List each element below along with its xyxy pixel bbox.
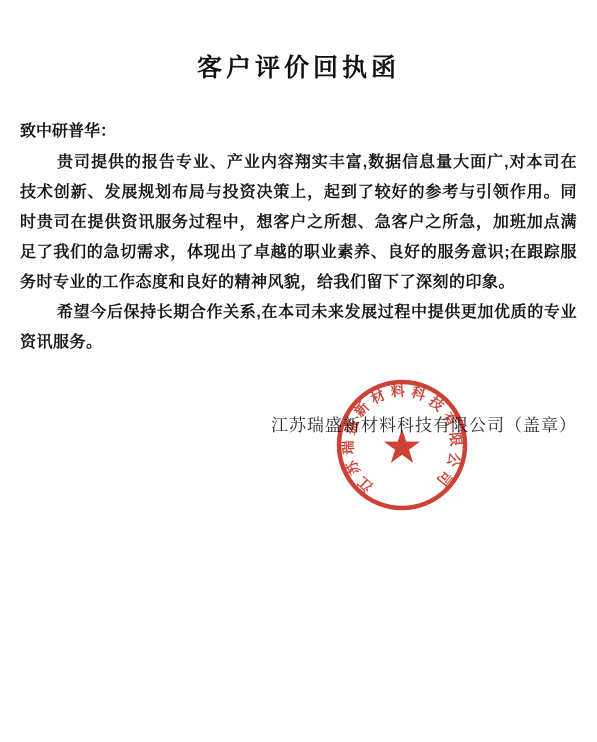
page-title: 客户评价回执函 (0, 48, 597, 84)
seal-company-text: 江苏瑞盛新材料科技有限公司 (340, 383, 465, 496)
paragraph-1: 贵司提供的报告专业、产业内容翔实丰富,数据信息量大面广,对本司在技术创新、发展规… (20, 148, 577, 298)
company-seal: 江苏瑞盛新材料科技有限公司 (336, 379, 468, 511)
salutation: 致中研普华： (20, 118, 116, 141)
document-page: { "page": { "title": "客户评价回执函", "salutat… (0, 0, 597, 742)
signature-line: 江苏瑞盛新材料科技有限公司（盖章） (20, 411, 577, 436)
paragraph-2: 希望今后保持长期合作关系,在本司未来发展过程中提供更加优质的专业资讯服务。 (20, 298, 577, 358)
seal-ring-icon (339, 382, 465, 508)
seal-company-text-container: 江苏瑞盛新材料科技有限公司 (340, 383, 465, 496)
letter-body: 贵司提供的报告专业、产业内容翔实丰富,数据信息量大面广,对本司在技术创新、发展规… (20, 148, 577, 358)
